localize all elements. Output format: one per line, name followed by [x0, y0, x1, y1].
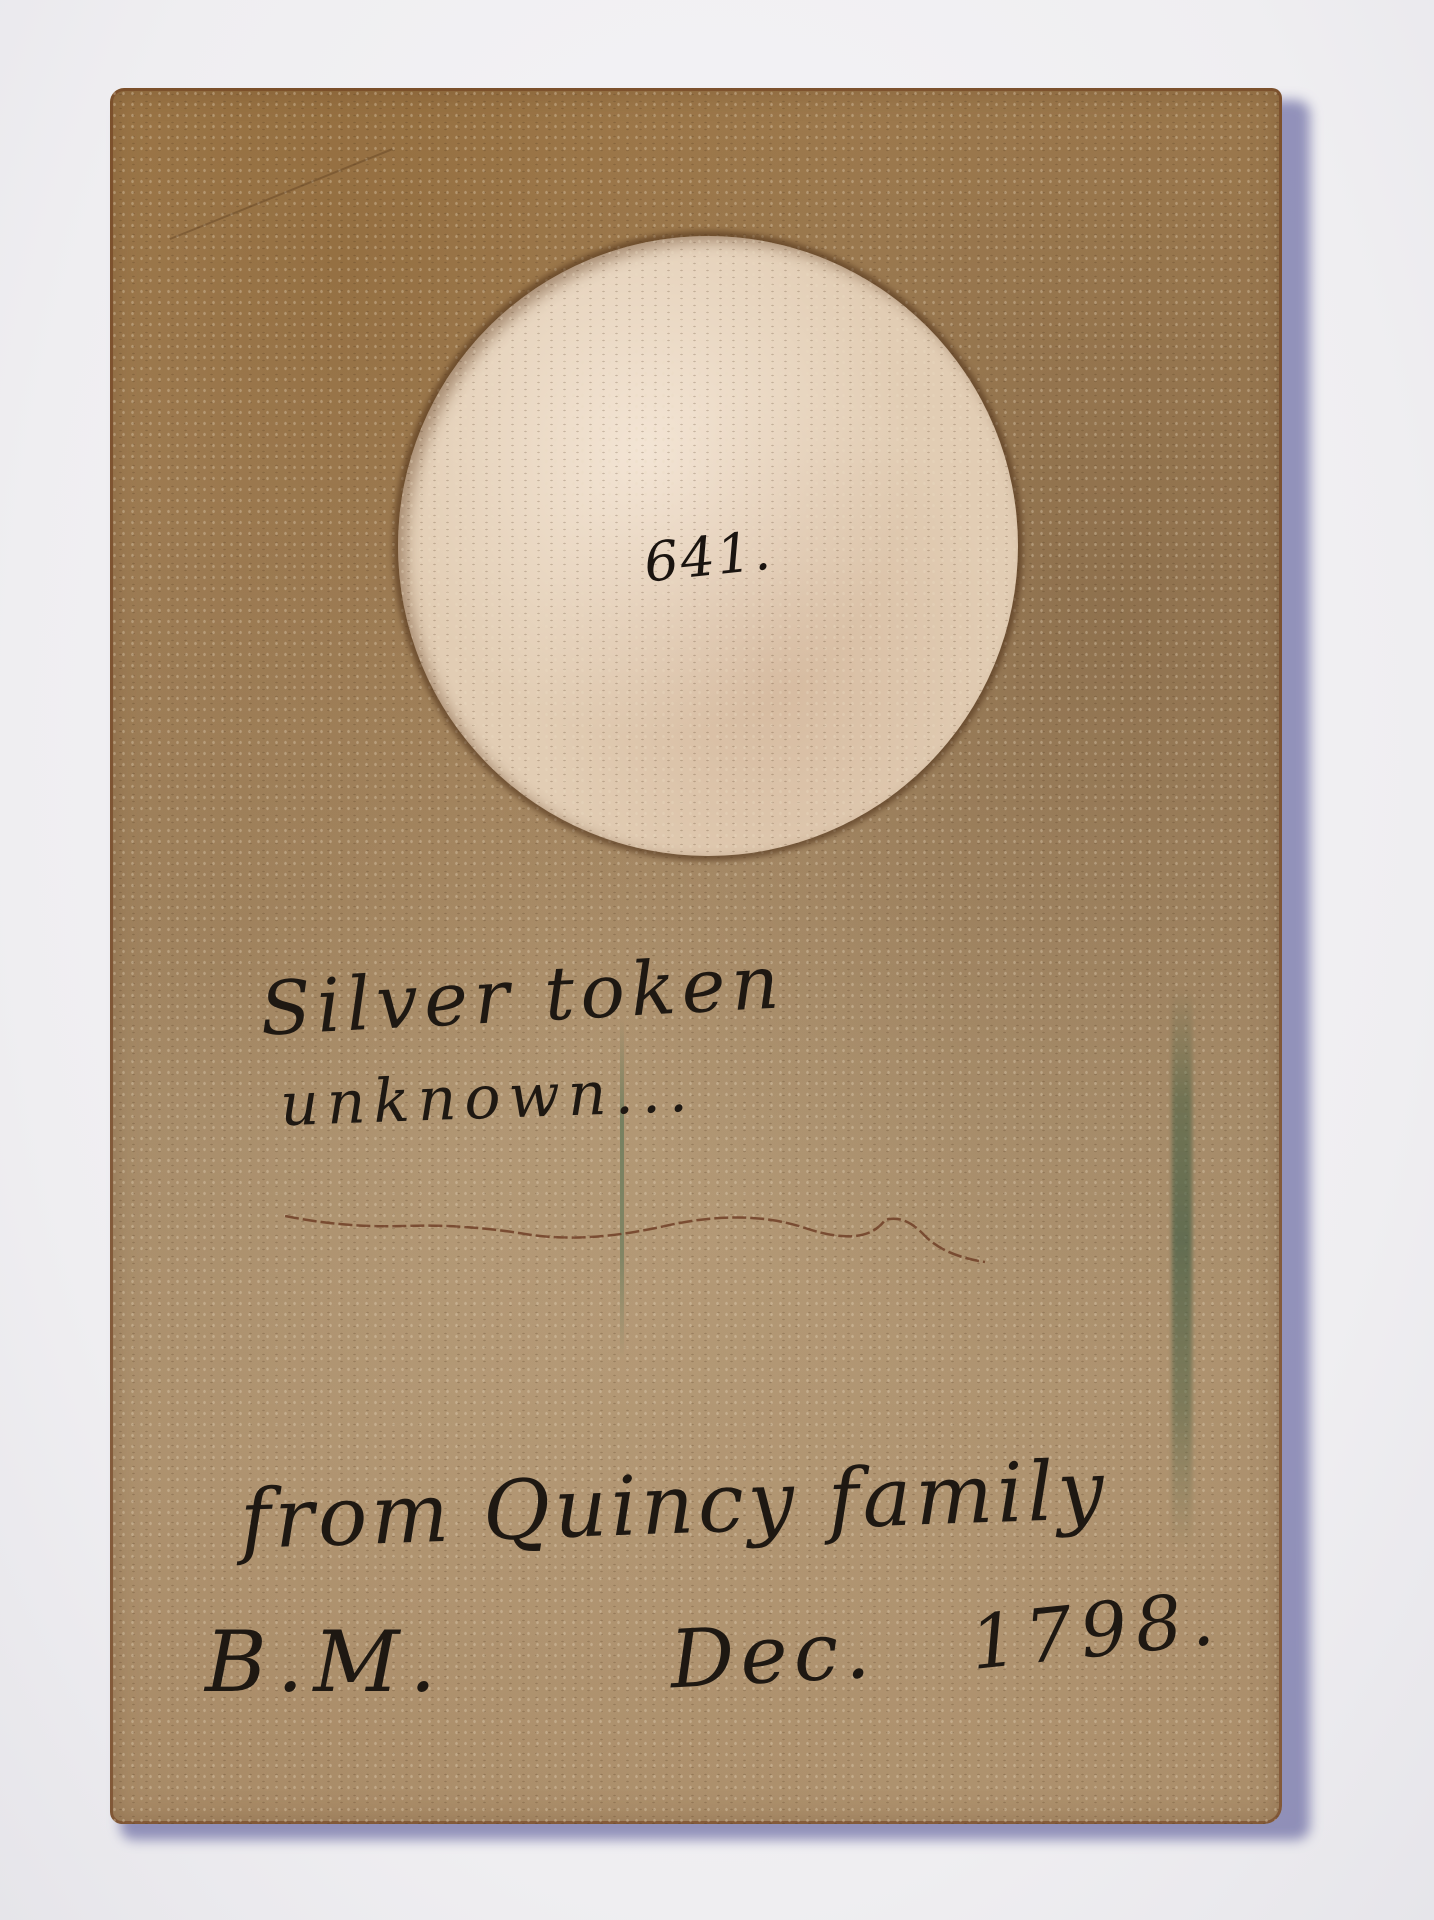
green-stain-right — [1172, 988, 1192, 1548]
inscription-year: 1798. — [966, 1575, 1225, 1687]
inscription-line-3: from Quincy family — [239, 1443, 1110, 1568]
label-card: 641. Silver token unknown... from Quincy… — [110, 88, 1282, 1824]
ruled-line — [285, 1206, 1005, 1266]
inscription-initials: B.M. — [205, 1613, 446, 1711]
card-crease — [170, 148, 393, 240]
coin-aperture: 641. — [398, 236, 1018, 856]
inscription-line-1: Silver token — [258, 939, 787, 1052]
inscription-month: Dec. — [668, 1603, 878, 1707]
catalog-number: 641. — [641, 518, 775, 594]
inscription-line-2: unknown... — [279, 1056, 697, 1140]
